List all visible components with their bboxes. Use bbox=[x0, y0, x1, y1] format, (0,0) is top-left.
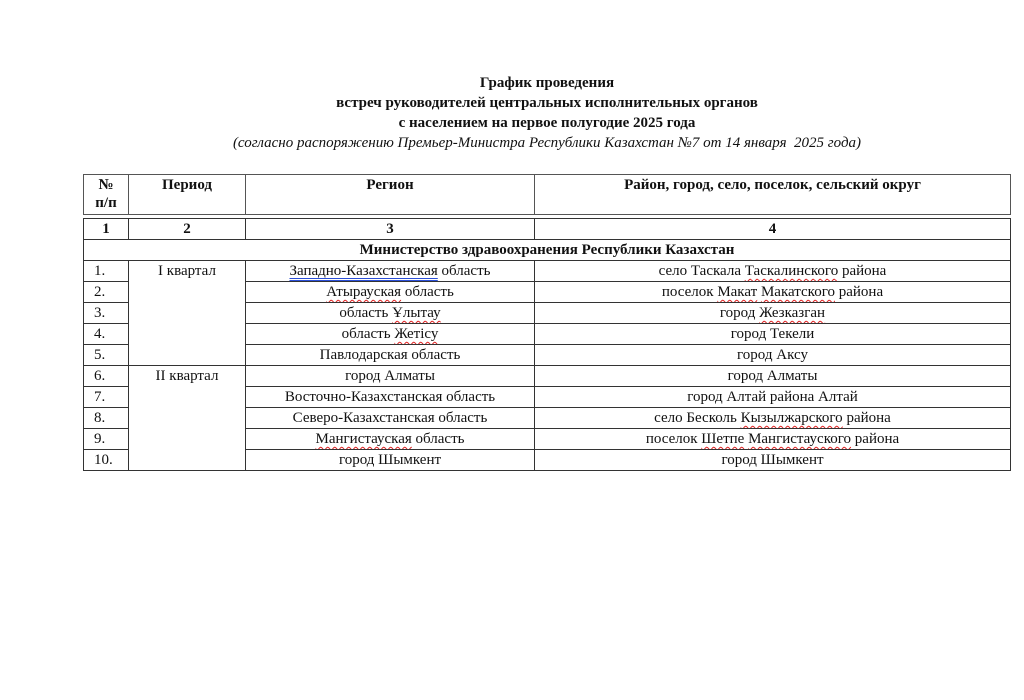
column-number-row: 1 2 3 4 bbox=[84, 219, 1011, 240]
locality-cell: поселок Шетпе Мангистауского района bbox=[535, 429, 1011, 450]
row-number: 7. bbox=[84, 387, 129, 408]
region-cell: область Жетісу bbox=[246, 324, 535, 345]
text-run: поселок bbox=[662, 284, 717, 300]
spellcheck-flagged-word: Кызылжарского bbox=[741, 410, 843, 426]
text-run: город Алматы bbox=[345, 368, 435, 384]
column-number-2: 2 bbox=[129, 219, 246, 240]
title-line-3: с населением на первое полугодие 2025 го… bbox=[0, 113, 1024, 133]
text-run: город Шымкент bbox=[721, 452, 823, 468]
header-number: № п/п bbox=[84, 175, 129, 215]
region-cell: Северо-Казахстанская область bbox=[246, 408, 535, 429]
region-cell: область Ұлытау bbox=[246, 303, 535, 324]
text-run: района bbox=[851, 431, 899, 447]
text-run: поселок bbox=[646, 431, 701, 447]
locality-cell: город Текели bbox=[535, 324, 1011, 345]
text-run: город Шымкент bbox=[339, 452, 441, 468]
text-run: город Алматы bbox=[728, 368, 818, 384]
title-line-2: встреч руководителей центральных исполни… bbox=[0, 93, 1024, 113]
row-number: 4. bbox=[84, 324, 129, 345]
spellcheck-flagged-word: Макат bbox=[717, 284, 757, 300]
column-number-3: 3 bbox=[246, 219, 535, 240]
text-run: область bbox=[339, 305, 392, 321]
row-number: 5. bbox=[84, 345, 129, 366]
spellcheck-flagged-word: Жетісу bbox=[394, 326, 438, 342]
text-run: область bbox=[342, 326, 395, 342]
spellcheck-flagged-word: Ұлытау bbox=[392, 305, 441, 321]
text-run: город Текели bbox=[731, 326, 815, 342]
region-cell: Западно-Казахстанская область bbox=[246, 261, 535, 282]
title-line-1: График проведения bbox=[0, 73, 1024, 93]
region-cell: Мангистауская область bbox=[246, 429, 535, 450]
locality-cell: город Жезказган bbox=[535, 303, 1011, 324]
row-number: 3. bbox=[84, 303, 129, 324]
spellcheck-flagged-word: Макатского bbox=[761, 284, 835, 300]
grammar-flagged-word: Западно-Казахстанская bbox=[289, 263, 437, 279]
region-cell: город Алматы bbox=[246, 366, 535, 387]
region-cell: город Шымкент bbox=[246, 450, 535, 471]
spellcheck-flagged-word: Жезказган bbox=[759, 305, 825, 321]
header-period: Период bbox=[129, 175, 246, 215]
period-cell: I квартал bbox=[129, 261, 246, 366]
locality-cell: поселок Макат Макатского района bbox=[535, 282, 1011, 303]
header-number-line1: № bbox=[84, 176, 128, 194]
locality-cell: город Алтай района Алтай bbox=[535, 387, 1011, 408]
header-number-line2: п/п bbox=[84, 194, 128, 212]
text-run: района bbox=[835, 284, 883, 300]
text-run: село Бесколь bbox=[654, 410, 740, 426]
row-number: 6. bbox=[84, 366, 129, 387]
header-row: № п/п Период Регион Район, город, село, … bbox=[84, 175, 1011, 215]
document-title: График проведения встреч руководителей ц… bbox=[0, 73, 1024, 133]
text-run: Восточно-Казахстанская область bbox=[285, 389, 495, 405]
column-number-1: 1 bbox=[84, 219, 129, 240]
text-run: района bbox=[843, 410, 891, 426]
header-locality: Район, город, село, поселок, сельский ок… bbox=[535, 175, 1011, 215]
text-run: область bbox=[438, 263, 491, 279]
schedule-header-table: № п/п Период Регион Район, город, село, … bbox=[83, 174, 1011, 215]
period-cell: II квартал bbox=[129, 366, 246, 471]
locality-cell: село Бесколь Кызылжарского района bbox=[535, 408, 1011, 429]
text-run: область bbox=[412, 431, 465, 447]
text-run: Северо-Казахстанская область bbox=[293, 410, 488, 426]
schedule-table: 1 2 3 4 Министерство здравоохранения Рес… bbox=[83, 218, 1011, 471]
text-run: село Таскала bbox=[659, 263, 745, 279]
row-number: 10. bbox=[84, 450, 129, 471]
locality-cell: город Аксу bbox=[535, 345, 1011, 366]
document-subtitle: (согласно распоряжению Премьер-Министра … bbox=[0, 133, 1024, 153]
row-number: 1. bbox=[84, 261, 129, 282]
table-row: 1.I кварталЗападно-Казахстанская область… bbox=[84, 261, 1011, 282]
locality-cell: город Шымкент bbox=[535, 450, 1011, 471]
text-run: город Алтай района Алтай bbox=[687, 389, 858, 405]
spellcheck-flagged-word: Мангистауская bbox=[316, 431, 412, 447]
text-run: город Аксу bbox=[737, 347, 808, 363]
region-cell: Павлодарская область bbox=[246, 345, 535, 366]
spellcheck-flagged-word: Мангистауского bbox=[748, 431, 851, 447]
locality-cell: город Алматы bbox=[535, 366, 1011, 387]
text-run: область bbox=[401, 284, 454, 300]
locality-cell: село Таскала Таскалинского района bbox=[535, 261, 1011, 282]
row-number: 8. bbox=[84, 408, 129, 429]
text-run: Павлодарская область bbox=[320, 347, 461, 363]
text-run: город bbox=[720, 305, 759, 321]
section-title: Министерство здравоохранения Республики … bbox=[84, 240, 1011, 261]
table-row: 6.II кварталгород Алматыгород Алматы bbox=[84, 366, 1011, 387]
row-number: 2. bbox=[84, 282, 129, 303]
region-cell: Восточно-Казахстанская область bbox=[246, 387, 535, 408]
spellcheck-flagged-word: Таскалинского bbox=[745, 263, 838, 279]
spellcheck-flagged-word: Шетпе bbox=[701, 431, 744, 447]
region-cell: Атырауская область bbox=[246, 282, 535, 303]
text-run: района bbox=[838, 263, 886, 279]
spellcheck-flagged-word: Атырауская bbox=[326, 284, 401, 300]
column-number-4: 4 bbox=[535, 219, 1011, 240]
header-region: Регион bbox=[246, 175, 535, 215]
row-number: 9. bbox=[84, 429, 129, 450]
section-row: Министерство здравоохранения Республики … bbox=[84, 240, 1011, 261]
